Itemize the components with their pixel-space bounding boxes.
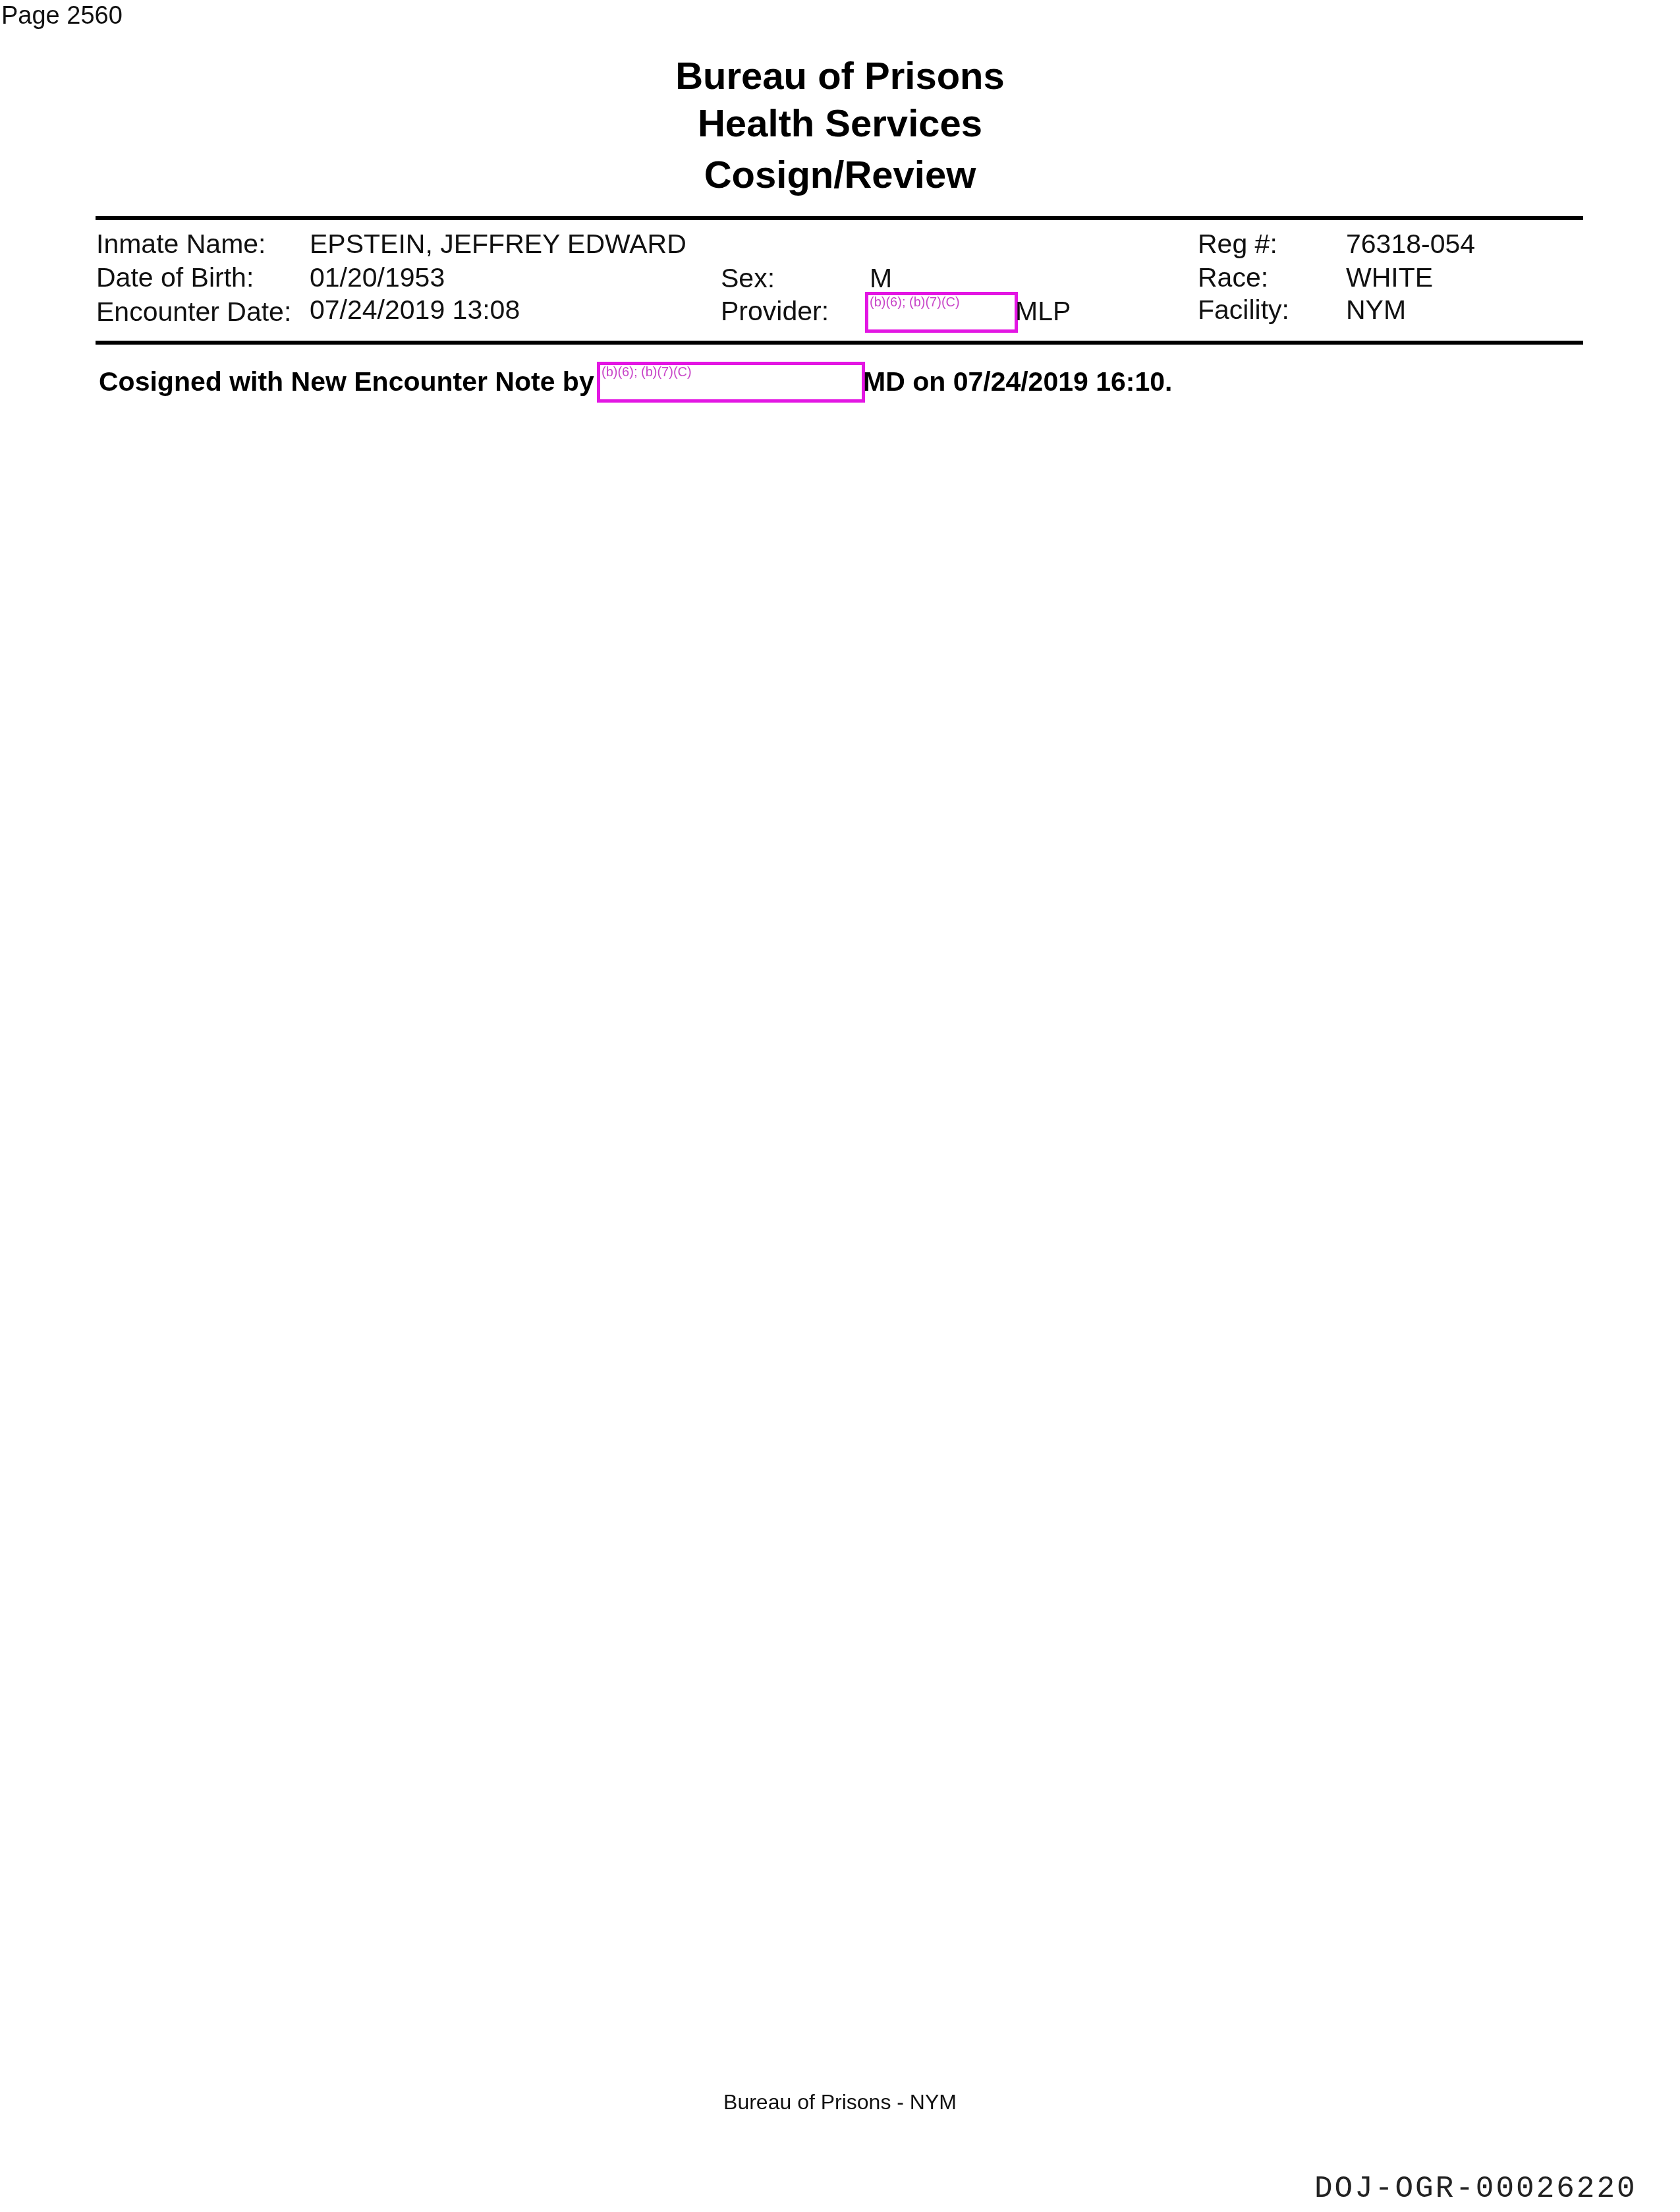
- bates-number: DOJ-OGR-00026220: [1314, 2172, 1637, 2206]
- header-top-rule: [96, 216, 1583, 220]
- header-bottom-rule: [96, 341, 1583, 345]
- encounter-date-label: Encounter Date:: [96, 296, 291, 327]
- facility-label: Facility:: [1198, 294, 1289, 326]
- provider-redaction-box: (b)(6); (b)(7)(C): [865, 292, 1018, 333]
- cosign-redaction-code: (b)(6); (b)(7)(C): [602, 365, 692, 380]
- page-footer: Bureau of Prisons - NYM: [0, 2089, 1680, 2115]
- provider-suffix: MLP: [1015, 295, 1071, 327]
- reg-label: Reg #:: [1198, 228, 1277, 260]
- sex-value: M: [870, 262, 892, 294]
- document-title: Bureau of Prisons Health Services Cosign…: [0, 53, 1680, 199]
- reg-value: 76318-054: [1346, 228, 1475, 260]
- provider-label: Provider:: [721, 295, 829, 327]
- facility-value: NYM: [1346, 294, 1406, 326]
- inmate-name-value: EPSTEIN, JEFFREY EDWARD: [310, 228, 686, 260]
- race-label: Race:: [1198, 262, 1268, 293]
- inmate-name-label: Inmate Name:: [96, 228, 266, 260]
- dob-value: 01/20/1953: [310, 262, 445, 293]
- page-number-label: Page 2560: [1, 1, 123, 30]
- race-value: WHITE: [1346, 262, 1433, 293]
- cosign-redaction-box: (b)(6); (b)(7)(C): [597, 362, 865, 403]
- cosign-prefix: Cosigned with New Encounter Note by: [99, 366, 594, 397]
- provider-redaction-code: (b)(6); (b)(7)(C): [870, 295, 960, 310]
- title-form-type: Cosign/Review: [0, 152, 1680, 199]
- encounter-date-value: 07/24/2019 13:08: [310, 294, 520, 326]
- dob-label: Date of Birth:: [96, 262, 254, 293]
- cosign-suffix: MD on 07/24/2019 16:10.: [863, 366, 1172, 397]
- sex-label: Sex:: [721, 262, 775, 294]
- title-department: Health Services: [0, 100, 1680, 148]
- title-agency: Bureau of Prisons: [0, 53, 1680, 100]
